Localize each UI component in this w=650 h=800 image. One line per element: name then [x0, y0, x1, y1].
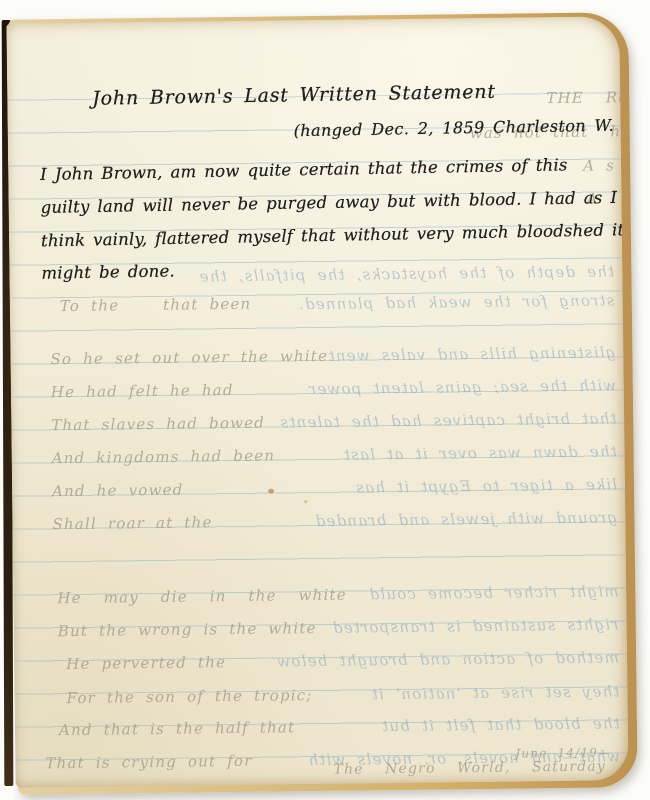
manuscript-line: I John Brown, am now quite certain that …: [40, 155, 568, 184]
manuscript-line: think vainly, flattered myself that with…: [41, 220, 625, 250]
photo-backdrop: THE Rewas not that he forgA sAthe depth …: [0, 0, 650, 800]
notebook-page-wrap: THE Rewas not that he forgA sAthe depth …: [6, 16, 628, 787]
notebook-page: THE Rewas not that he forgA sAthe depth …: [6, 16, 628, 787]
manuscript-subtitle: (hanged Dec. 2, 1859 Charleston W. VA): [294, 115, 629, 140]
manuscript-line: guilty land will never be purged away bu…: [40, 187, 628, 217]
manuscript-title: John Brown's Last Written Statement: [92, 81, 496, 110]
manuscript-line: might be done.: [41, 261, 175, 282]
manuscript-layer: John Brown's Last Written Statement (han…: [6, 16, 628, 787]
